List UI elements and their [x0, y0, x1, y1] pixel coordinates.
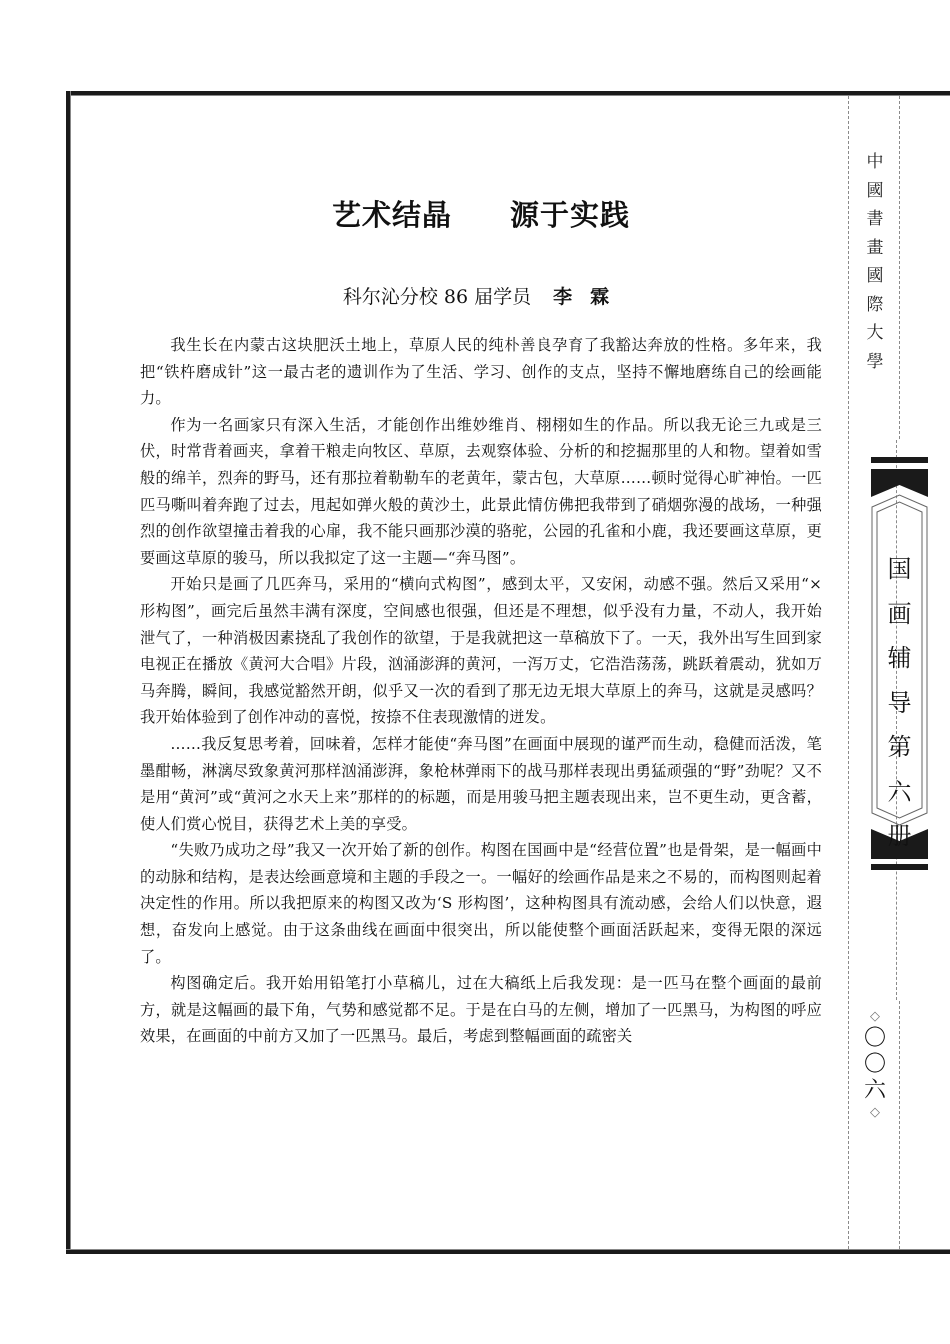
title-part-1: 艺术结晶 [332, 190, 452, 240]
series-title-vertical: 国 画 辅 导 第 六 册 [871, 547, 928, 859]
series-char: 国 [871, 547, 928, 592]
series-char: 六 [871, 770, 928, 815]
institution-char: 國 [858, 262, 892, 291]
author-affiliation: 科尔沁分校 86 届学员 [343, 286, 531, 308]
byline: 科尔沁分校 86 届学员李霖 [140, 282, 822, 312]
article-body: 我生长在内蒙古这块肥沃土地上，草原人民的纯朴善良孕育了我豁达奔放的性格。多年来，… [140, 332, 822, 1050]
series-char: 册 [871, 814, 928, 859]
paragraph: 开始只是画了几匹奔马，采用的“横向式构图”，感到太平，又安闲，动感不强。然后又采… [140, 571, 822, 731]
diamond-ornament-icon: ◇ [858, 1104, 892, 1122]
institution-char: 畫 [858, 234, 892, 263]
paragraph: 构图确定后。我开始用铅笔打小草稿儿，过在大稿纸上后我发现：是一匹马在整个画面的最… [140, 970, 822, 1050]
diamond-ornament-icon: ◇ [858, 1008, 892, 1026]
institution-char: 中 [858, 148, 892, 177]
institution-char: 大 [858, 319, 892, 348]
paragraph: 我生长在内蒙古这块肥沃土地上，草原人民的纯朴善良孕育了我豁达奔放的性格。多年来，… [140, 332, 822, 412]
frame-bottom-border [66, 1249, 950, 1254]
series-ribbon: 国 画 辅 导 第 六 册 [871, 457, 928, 884]
institution-char: 際 [858, 291, 892, 320]
page-digit: 〇 [858, 1026, 892, 1052]
page-digit: 〇 [858, 1052, 892, 1078]
author-name: 李霖 [553, 282, 627, 312]
paragraph: “失败乃成功之母”我又一次开始了新的创作。构图在国画中是“经营位置”也是骨架，是… [140, 837, 822, 970]
series-char: 导 [871, 681, 928, 726]
institution-char: 書 [858, 205, 892, 234]
institution-name-vertical: 中 國 書 畫 國 際 大 學 [858, 148, 892, 376]
series-char: 画 [871, 592, 928, 637]
sidebar-rule-left [848, 96, 849, 1249]
paragraph: ……我反复思考着，回味着，怎样才能使“奔马图”在画面中展现的谨严而生动，稳健而活… [140, 731, 822, 837]
title-part-2: 源于实践 [510, 190, 630, 240]
frame-left-border [66, 91, 71, 1251]
institution-char: 國 [858, 177, 892, 206]
institution-char: 學 [858, 348, 892, 377]
paragraph: 作为一名画家只有深入生活，才能创作出维妙维肖、栩栩如生的作品。所以我无论三九或是… [140, 412, 822, 572]
series-char: 辅 [871, 636, 928, 681]
frame-top-border [66, 91, 950, 96]
page-digit: 六 [858, 1078, 892, 1104]
article-title: 艺术结晶源于实践 [140, 190, 822, 240]
article: 艺术结晶源于实践 科尔沁分校 86 届学员李霖 我生长在内蒙古这块肥沃土地上，草… [140, 190, 822, 1050]
page-number: ◇ 〇 〇 六 ◇ [858, 1008, 892, 1122]
series-char: 第 [871, 725, 928, 770]
